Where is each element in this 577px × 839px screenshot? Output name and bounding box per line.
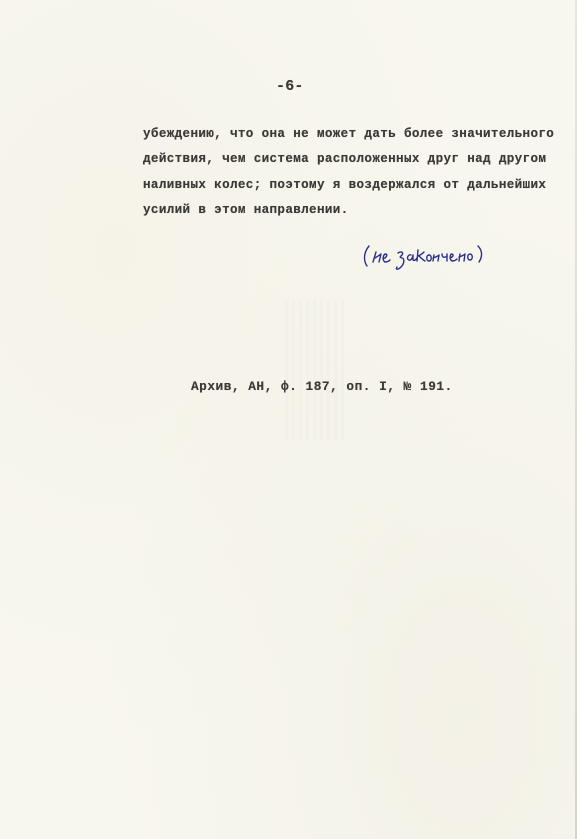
page-number: -6-	[276, 78, 304, 95]
document-page: -6- убеждению, что она не может дать бол…	[0, 0, 577, 839]
body-line: действия, чем система расположенных друг…	[143, 151, 546, 167]
body-line: убеждению, что она не может дать более з…	[143, 126, 554, 142]
paper-show-through	[285, 300, 345, 440]
archive-reference: Архив, АН, ф. 187, оп. I, № 191.	[191, 379, 453, 394]
body-line: усилий в этом направлении.	[143, 202, 349, 218]
handwritten-note: (не закончено)	[361, 240, 501, 276]
body-line: наливных колес; поэтому я воздержался от…	[143, 177, 546, 193]
handwriting-strokes-icon	[361, 240, 501, 276]
